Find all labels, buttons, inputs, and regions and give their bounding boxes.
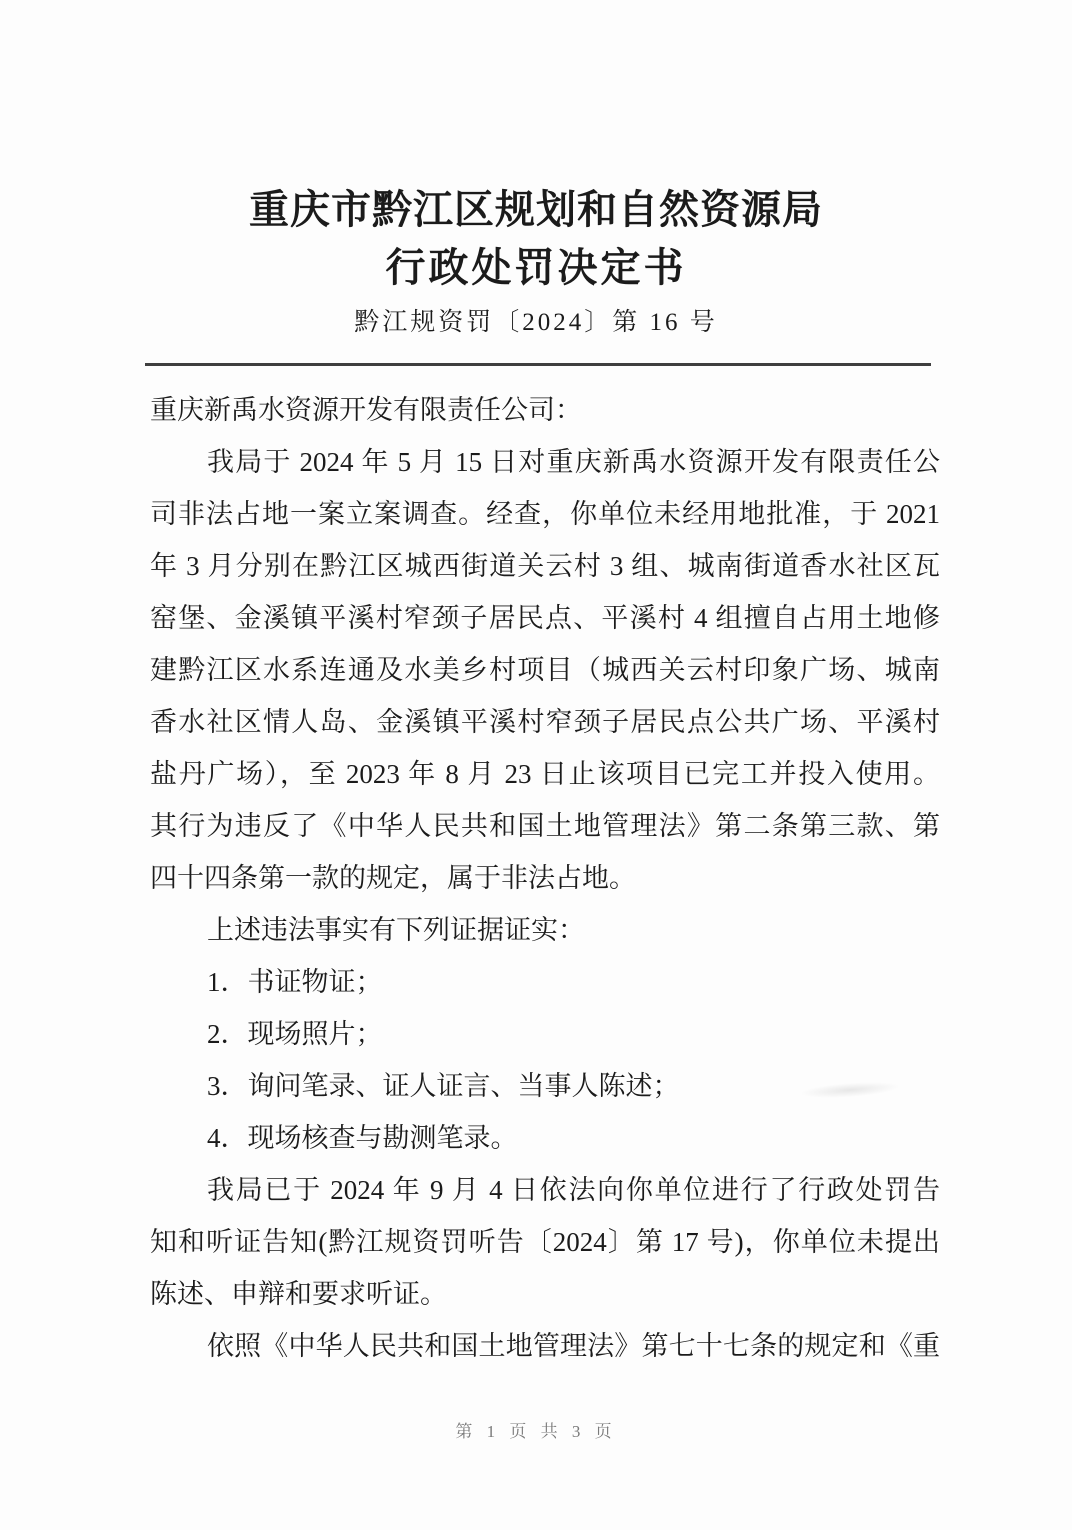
body-line: 重庆新禹水资源开发有限责任公司： [150,384,940,436]
body-line: 2．现场照片； [150,1008,940,1060]
body-line: 司非法占地一案立案调查。经查，你单位未经用地批准，于 2021 [150,488,940,540]
title-divider [145,363,931,366]
body-line: 知和听证告知(黔江规资罚听告〔2024〕第 17 号)，你单位未提出 [150,1216,940,1268]
body-line: 依照《中华人民共和国土地管理法》第七十七条的规定和《重 [150,1320,940,1372]
body-line: 盐丹广场），至 2023 年 8 月 23 日止该项目已完工并投入使用。 [150,748,940,800]
body-line: 四十四条第一款的规定，属于非法占地。 [150,852,940,904]
page-number-indicator: 第 1 页 共 3 页 [0,1421,1072,1443]
body-line: 窑堡、金溪镇平溪村窄颈子居民点、平溪村 4 组擅自占用土地修 [150,592,940,644]
body-line: 其行为违反了《中华人民共和国土地管理法》第二条第三款、第 [150,800,940,852]
body-line: 上述违法事实有下列证据证实： [150,904,940,956]
document-title-line-1: 重庆市黔江区规划和自然资源局 [0,190,1072,230]
body-line: 4．现场核查与勘测笔录。 [150,1112,940,1164]
document-title-line-2: 行政处罚决定书 [0,248,1072,288]
body-line: 香水社区情人岛、金溪镇平溪村窄颈子居民点公共广场、平溪村 [150,696,940,748]
body-line: 我局于 2024 年 5 月 15 日对重庆新禹水资源开发有限责任公 [150,436,940,488]
body-line: 年 3 月分别在黔江区城西街道关云村 3 组、城南街道香水社区瓦 [150,540,940,592]
document-body: 重庆新禹水资源开发有限责任公司：我局于 2024 年 5 月 15 日对重庆新禹… [150,384,940,1372]
body-line: 3．询问笔录、证人证言、当事人陈述； [150,1060,940,1112]
document-page: 重庆市黔江区规划和自然资源局 行政处罚决定书 黔江规资罚〔2024〕第 16 号… [0,0,1072,1530]
body-line: 1．书证物证； [150,956,940,1008]
body-line: 我局已于 2024 年 9 月 4 日依法向你单位进行了行政处罚告 [150,1164,940,1216]
body-line: 建黔江区水系连通及水美乡村项目（城西关云村印象广场、城南 [150,644,940,696]
document-number: 黔江规资罚〔2024〕第 16 号 [0,310,1072,335]
body-line: 陈述、申辩和要求听证。 [150,1268,940,1320]
